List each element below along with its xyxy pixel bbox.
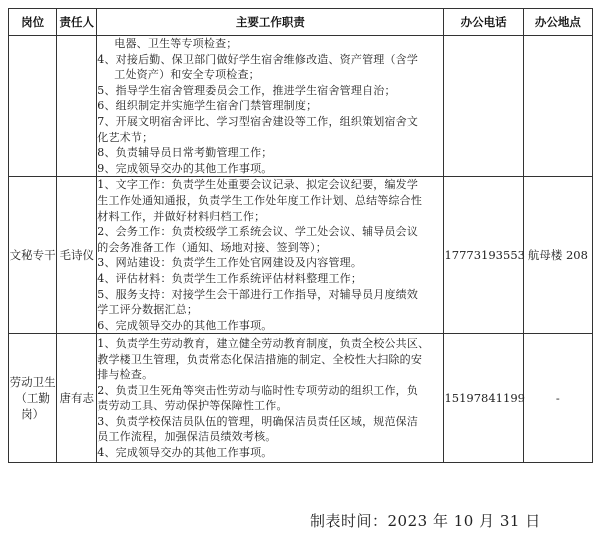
table-row: 电器、卫生等专项检查； 4、对接后勤、保卫部门做好学生宿舍维修改造、资产管理（含…	[9, 36, 593, 177]
person-cell: 唐有志	[57, 334, 97, 463]
table-row: 文秘专干 毛诗仪 1、文字工作：负责学生处重要会议记录、拟定会议纪要，编发学 生…	[9, 177, 593, 334]
header-row: 岗位 责任人 主要工作职责 办公电话 办公地点	[9, 9, 593, 36]
duty-line: 3、负责学校保洁员队伍的管理，明确保洁员责任区域，规范保洁	[97, 414, 443, 430]
office-cell: -	[523, 334, 592, 463]
duty-line: 化艺术节；	[97, 130, 443, 146]
duty-line: 1、负责学生劳动教育，建立健全劳动教育制度，负责全校公共区、	[97, 336, 443, 352]
duty-line: 6、组织制定并实施学生宿舍门禁管理制度；	[97, 98, 443, 114]
duty-line: 7、开展文明宿舍评比、学习型宿舍建设等工作，组织策划宿舍文	[97, 114, 443, 130]
duty-line: 排与检查。	[97, 367, 443, 383]
post-cell: 文秘专干	[9, 177, 57, 334]
duty-line: 教学楼卫生管理，负责常态化保洁措施的制定、全校性大扫除的安	[97, 352, 443, 368]
header-duties: 主要工作职责	[97, 9, 444, 36]
duty-line: 责劳动工具、劳动保护等保障性工作。	[97, 398, 443, 414]
header-office: 办公地点	[523, 9, 592, 36]
duty-line: 8、负责辅导员日常考勤管理工作；	[97, 145, 443, 161]
duty-line: 1、文字工作：负责学生处重要会议记录、拟定会议纪要，编发学	[97, 177, 443, 193]
duty-table: 岗位 责任人 主要工作职责 办公电话 办公地点 电器、卫生等专项检查； 4、对接…	[8, 8, 593, 463]
duty-line: 5、指导学生宿舍管理委员会工作，推进学生宿舍管理自治；	[97, 83, 443, 99]
duty-line: 员工作流程，加强保洁员绩效考核。	[97, 429, 443, 445]
duty-line: 电器、卫生等专项检查；	[97, 36, 443, 52]
phone-cell: 17773193553	[444, 177, 523, 334]
duty-line: 材料工作，并做好材料归档工作；	[97, 209, 443, 225]
person-cell: 毛诗仪	[57, 177, 97, 334]
table-row: 劳动卫生 （工勤 岗） 唐有志 1、负责学生劳动教育，建立健全劳动教育制度，负责…	[9, 334, 593, 463]
duty-line: 2、会务工作：负责校级学工系统会议、学工处会议、辅导员会议	[97, 224, 443, 240]
duty-line: 学工评分数据汇总；	[97, 302, 443, 318]
person-cell	[57, 36, 97, 177]
header-person: 责任人	[57, 9, 97, 36]
post-line: （工勤	[9, 390, 56, 406]
duty-line: 6、完成领导交办的其他工作事项。	[97, 318, 443, 334]
duty-line: 的会务准备工作（通知、场地对接、签到等）；	[97, 240, 443, 256]
duty-line: 生工作处通知通报，负责学生工作处年度工作计划、总结等综合性	[97, 193, 443, 209]
phone-cell	[444, 36, 523, 177]
duties-cell: 1、负责学生劳动教育，建立健全劳动教育制度，负责全校公共区、 教学楼卫生管理，负…	[97, 334, 444, 463]
duty-line: 9、完成领导交办的其他工作事项。	[97, 161, 443, 177]
duties-cell: 电器、卫生等专项检查； 4、对接后勤、保卫部门做好学生宿舍维修改造、资产管理（含…	[97, 36, 444, 177]
post-line: 劳动卫生	[9, 374, 56, 390]
duty-line: 3、网站建设：负责学生工作处官网建设及内容管理。	[97, 255, 443, 271]
header-post: 岗位	[9, 9, 57, 36]
duty-line: 5、服务支持：对接学生会干部进行工作指导，对辅导员月度绩效	[97, 287, 443, 303]
header-phone: 办公电话	[444, 9, 523, 36]
office-cell: 航母楼 208	[523, 177, 592, 334]
duty-line: 2、负责卫生死角等突击性劳动与临时性专项劳动的组织工作，负	[97, 383, 443, 399]
office-cell	[523, 36, 592, 177]
phone-cell: 15197841199	[444, 334, 523, 463]
post-cell	[9, 36, 57, 177]
table-made-date: 制表时间：2023 年 10 月 31 日	[310, 510, 541, 531]
duty-line: 4、评估材料：负责学生工作系统评估材料整理工作；	[97, 271, 443, 287]
post-line: 岗）	[9, 406, 56, 422]
duty-line: 4、对接后勤、保卫部门做好学生宿舍维修改造、资产管理（含学	[97, 52, 443, 68]
post-cell: 劳动卫生 （工勤 岗）	[9, 334, 57, 463]
duty-line: 4、完成领导交办的其他工作事项。	[97, 445, 443, 461]
duty-line: 工处资产）和安全专项检查；	[97, 67, 443, 83]
duties-cell: 1、文字工作：负责学生处重要会议记录、拟定会议纪要，编发学 生工作处通知通报，负…	[97, 177, 444, 334]
